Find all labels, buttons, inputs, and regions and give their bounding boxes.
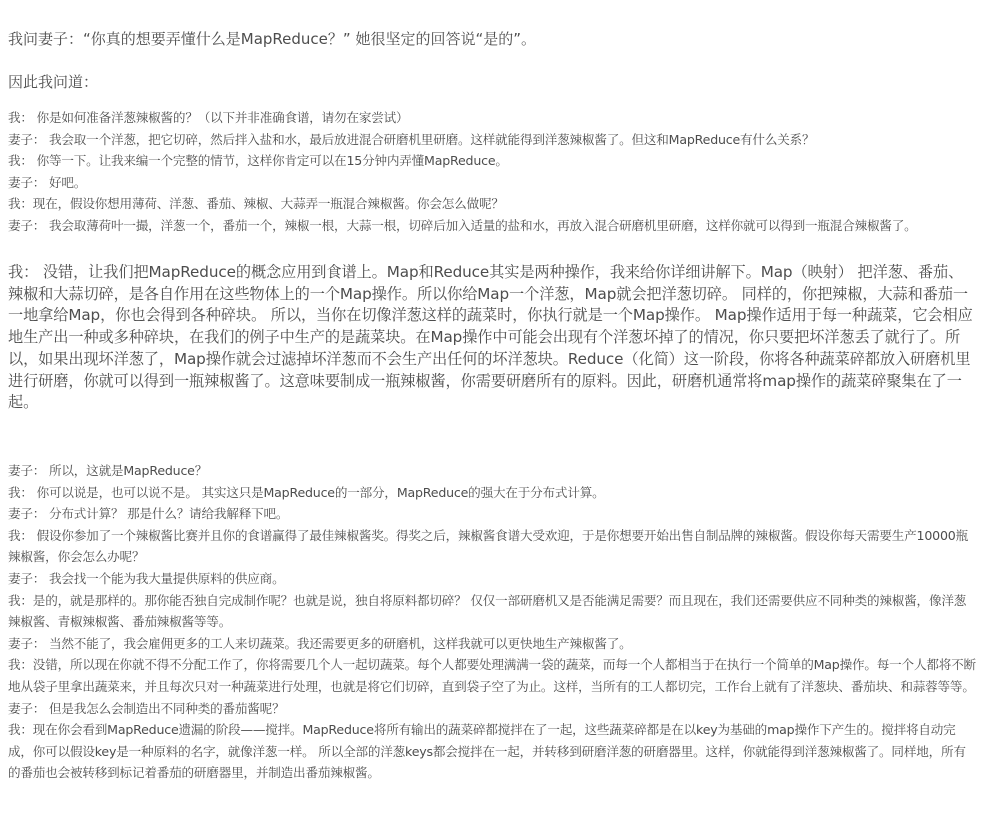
dialog-line: 我：没错，所以现在你就不得不分配工作了，你将需要几个人一起切蔬菜。每个人都要处理…: [8, 654, 976, 697]
mapreduce-explanation: 我： 没错，让我们把MapReduce的概念应用到食谱上。Map和Reduce其…: [8, 262, 976, 414]
dialog-text: 你等一下。让我来编一个完整的情节，这样你肯定可以在15分钟内弄懂MapReduc…: [33, 153, 508, 168]
intro-followup: 因此我问道：: [8, 70, 98, 94]
dialog-text: 你是如何准备洋葱辣椒酱的？（以下并非准确食谱，请勿在家尝试）: [33, 110, 409, 125]
dialog-line: 妻子： 我会取薄荷叶一撮，洋葱一个，番茄一个，辣椒一根，大蒜一根，切碎后加入适量…: [8, 215, 976, 237]
dialog-line: 妻子： 好吧。: [8, 172, 976, 194]
dialog-text: 好吧。: [45, 175, 86, 190]
explanation-text: 没错，让我们把MapReduce的概念应用到食谱上。Map和Reduce其实是两…: [8, 263, 973, 411]
speaker: 我：: [8, 593, 33, 608]
dialog-text: 所以，这就是MapReduce？: [45, 463, 207, 478]
speaker: 我：: [8, 722, 33, 737]
dialog-text: 你可以说是，也可以说不是。 其实这只是MapReduce的一部分，MapRedu…: [33, 485, 605, 500]
dialog-line: 我： 假设你参加了一个辣椒酱比赛并且你的食谱赢得了最佳辣椒酱奖。得奖之后，辣椒酱…: [8, 525, 976, 568]
speaker: 我：: [8, 263, 38, 281]
speaker: 我：: [8, 196, 33, 211]
speaker: 我：: [8, 153, 33, 168]
speaker: 妻子：: [8, 571, 45, 586]
dialog-text: 现在你会看到MapReduce遗漏的阶段——搅拌。MapReduce将所有输出的…: [8, 722, 966, 780]
speaker: 妻子：: [8, 636, 45, 651]
dialog-line: 我：现在你会看到MapReduce遗漏的阶段——搅拌。MapReduce将所有输…: [8, 719, 976, 784]
dialog-part-1: 我： 你是如何准备洋葱辣椒酱的？（以下并非准确食谱，请勿在家尝试） 妻子： 我会…: [8, 107, 976, 237]
dialog-text: 但是我怎么会制造出不同种类的番茄酱呢？: [45, 701, 284, 716]
speaker: 我：: [8, 485, 33, 500]
dialog-text: 当然不能了，我会雇佣更多的工人来切蔬菜。我还需要更多的研磨机，这样我就可以更快地…: [45, 636, 631, 651]
speaker: 妻子：: [8, 218, 45, 233]
dialog-line: 我：是的，就是那样的。那你能否独自完成制作呢？也就是说，独自将原料都切碎？ 仅仅…: [8, 590, 976, 633]
dialog-line: 妻子： 但是我怎么会制造出不同种类的番茄酱呢？: [8, 698, 976, 720]
dialog-line: 我： 你可以说是，也可以说不是。 其实这只是MapReduce的一部分，MapR…: [8, 482, 976, 504]
dialog-text: 是的，就是那样的。那你能否独自完成制作呢？也就是说，独自将原料都切碎？ 仅仅一部…: [8, 593, 966, 630]
dialog-line: 妻子： 分布式计算？ 那是什么？请给我解释下吧。: [8, 503, 976, 525]
dialog-part-2: 妻子： 所以，这就是MapReduce？ 我： 你可以说是，也可以说不是。 其实…: [8, 460, 976, 784]
dialog-line: 我：现在，假设你想用薄荷、洋葱、番茄、辣椒、大蒜弄一瓶混合辣椒酱。你会怎么做呢？: [8, 193, 976, 215]
dialog-text: 我会找一个能为我大量提供原料的供应商。: [45, 571, 284, 586]
dialog-text: 分布式计算？ 那是什么？请给我解释下吧。: [45, 506, 288, 521]
speaker: 妻子：: [8, 175, 45, 190]
speaker: 我：: [8, 657, 33, 672]
dialog-text: 我会取薄荷叶一撮，洋葱一个，番茄一个，辣椒一根，大蒜一根，切碎后加入适量的盐和水…: [45, 218, 916, 233]
dialog-text: 现在，假设你想用薄荷、洋葱、番茄、辣椒、大蒜弄一瓶混合辣椒酱。你会怎么做呢？: [33, 196, 504, 211]
dialog-line: 妻子： 当然不能了，我会雇佣更多的工人来切蔬菜。我还需要更多的研磨机，这样我就可…: [8, 633, 976, 655]
speaker: 妻子：: [8, 463, 45, 478]
dialog-text: 我会取一个洋葱，把它切碎，然后拌入盐和水，最后放进混合研磨机里研磨。这样就能得到…: [45, 132, 814, 147]
speaker: 妻子：: [8, 701, 45, 716]
dialog-line: 妻子： 所以，这就是MapReduce？: [8, 460, 976, 482]
dialog-text: 假设你参加了一个辣椒酱比赛并且你的食谱赢得了最佳辣椒酱奖。得奖之后，辣椒酱食谱大…: [8, 528, 968, 565]
dialog-line: 我： 你是如何准备洋葱辣椒酱的？（以下并非准确食谱，请勿在家尝试）: [8, 107, 976, 129]
intro-question: 我问妻子：“你真的想要弄懂什么是MapReduce？” 她很坚定的回答说“是的”…: [8, 27, 536, 51]
speaker: 我：: [8, 528, 33, 543]
dialog-text: 没错，所以现在你就不得不分配工作了，你将需要几个人一起切蔬菜。每个人都要处理满满…: [8, 657, 976, 694]
speaker: 妻子：: [8, 506, 45, 521]
dialog-line: 妻子： 我会找一个能为我大量提供原料的供应商。: [8, 568, 976, 590]
speaker: 我：: [8, 110, 33, 125]
dialog-line: 妻子： 我会取一个洋葱，把它切碎，然后拌入盐和水，最后放进混合研磨机里研磨。这样…: [8, 129, 976, 151]
speaker: 妻子：: [8, 132, 45, 147]
dialog-line: 我： 你等一下。让我来编一个完整的情节，这样你肯定可以在15分钟内弄懂MapRe…: [8, 150, 976, 172]
